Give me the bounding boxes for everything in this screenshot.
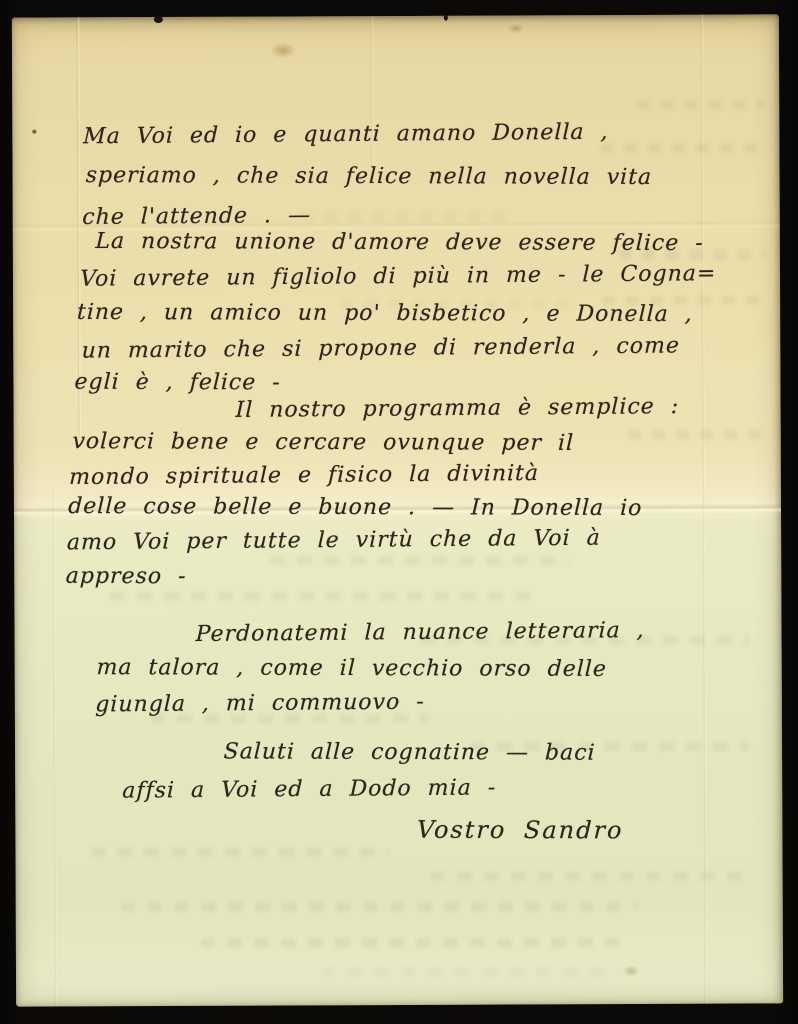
handwriting-line: speriamo , che sia felice nella novella … [85,165,652,189]
handwriting-line: amo Voi per tutte le virtù che da Voi à [67,528,601,555]
letter-body: Ma Voi ed io e quanti amano Donella , sp… [0,0,798,1024]
handwriting-line: Perdonatemi la nuance letteraria , [195,620,645,646]
handwriting-line: un marito che si propone di renderla , c… [81,335,680,362]
handwriting-line: che l'attende . — [82,205,311,229]
handwriting-line: Voi avrete un figliolo di più in me - le… [80,263,717,291]
handwriting-line: affsi a Voi ed a Dodo mia - [122,777,497,802]
handwriting-line: tine , un amico un po' bisbetico , e Don… [77,302,694,326]
handwriting-line: egli è , felice - [74,372,281,395]
handwriting-line: delle cose belle e buone . — In Donella … [68,496,643,520]
handwriting-line: Saluti alle cognatine — baci [223,741,596,764]
handwriting-line: Il nostro programma è semplice : [235,396,679,422]
handwriting-line: mondo spirituale e fisico la divinità [69,463,539,489]
photo-frame: Ma Voi ed io e quanti amano Donella , sp… [0,0,798,1024]
handwriting-line: La nostra unione d'amore deve essere fel… [95,231,704,255]
handwriting-line: giungla , mi commuovo - [95,692,425,717]
signature-line: Vostro Sandro [416,818,623,843]
handwriting-line: volerci bene e cercare ovunque per il [72,431,574,455]
handwriting-line: Ma Voi ed io e quanti amano Donella , [83,122,609,149]
handwriting-line: appreso - [65,566,187,588]
handwriting-line: ma talora , come il vecchio orso delle [96,657,607,681]
